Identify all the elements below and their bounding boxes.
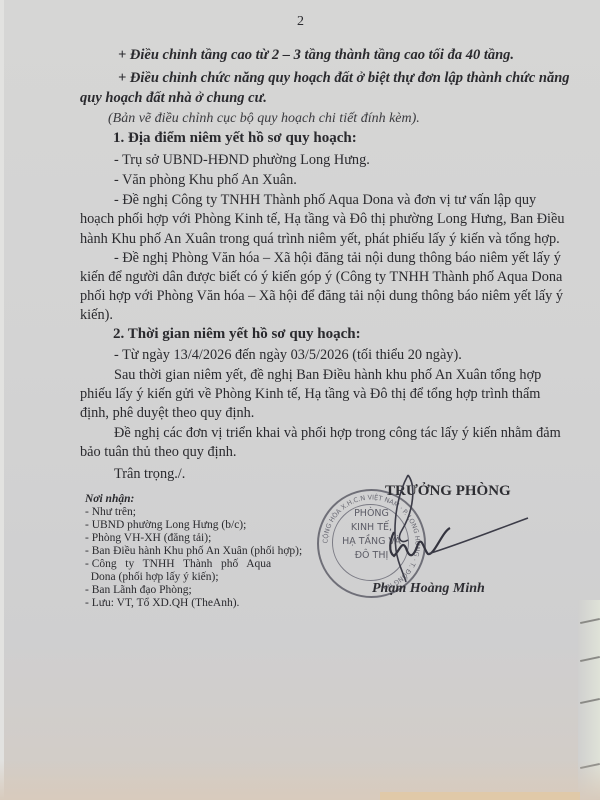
background-surface <box>0 760 600 800</box>
recipient-item: - UBND phường Long Hưng (b/c); <box>85 519 302 532</box>
recipient-item: - Ban Lãnh đạo Phòng; <box>85 584 302 597</box>
recipient-item: - Như trên; <box>85 506 302 519</box>
section2-line: - Từ ngày 13/4/2026 đến ngày 03/5/2026 (… <box>114 347 462 364</box>
recipient-item: - Công ty TNHH Thành phố Aqua <box>85 558 302 571</box>
section1-line: - Đề nghị Công ty TNHH Thành phố Aqua Do… <box>114 192 524 209</box>
section2-line: Sau thời gian niêm yết, đề nghị Ban Điều… <box>114 367 524 384</box>
recipient-item: Dona (phối hợp lấy ý kiến); <box>85 571 302 584</box>
section2-line: định, phê duyệt theo quy định. <box>80 405 254 422</box>
recipient-item: - Lưu: VT, Tổ XD.QH (TheAnh). <box>85 597 302 610</box>
section1-line: - Trụ sở UBND-HĐND phường Long Hưng. <box>114 152 370 169</box>
closing-line: Trân trọng./. <box>114 466 185 483</box>
amendment-line-2: + Điều chỉnh chức năng quy hoạch đất ở b… <box>118 70 524 87</box>
page-number: 2 <box>297 14 304 30</box>
document-page: 2 + Điều chỉnh tầng cao từ 2 – 3 tầng th… <box>0 0 600 800</box>
signer-name: Phạm Hoàng Minh <box>372 581 485 597</box>
handwritten-signature <box>330 470 530 590</box>
amendment-line-3: quy hoạch đất nhà ở chung cư. <box>80 90 267 107</box>
section1-line: - Đề nghị Phòng Văn hóa – Xã hội đăng tả… <box>114 250 524 267</box>
amendment-line-1: + Điều chỉnh tầng cao từ 2 – 3 tầng thàn… <box>118 47 514 64</box>
recipients-block: Nơi nhận: - Như trên; - UBND phường Long… <box>85 493 302 610</box>
page-edge <box>0 0 4 800</box>
section1-line: hành Khu phố An Xuân trong quá trình niê… <box>80 231 560 248</box>
attachment-note: (Bản vẽ điều chỉnh cục bộ quy hoạch chi … <box>108 111 420 127</box>
recipients-title: Nơi nhận: <box>85 493 302 506</box>
recipient-item: - Phòng VH-XH (đăng tải); <box>85 532 302 545</box>
recipient-item: - Ban Điều hành Khu phố An Xuân (phối hợ… <box>85 545 302 558</box>
section2-line: bảo tuân thủ theo quy định. <box>80 444 236 461</box>
section2-heading: 2. Thời gian niêm yết hồ sơ quy hoạch: <box>113 326 361 343</box>
section1-heading: 1. Địa điểm niêm yết hồ sơ quy hoạch: <box>113 130 357 147</box>
section1-line: - Văn phòng Khu phố An Xuân. <box>114 172 297 189</box>
section1-line: hoạch phối hợp với Phòng Kinh tế, Hạ tần… <box>80 211 524 228</box>
section1-line: kiến để người dân được biết có ý kiến gó… <box>80 269 524 286</box>
section1-line: kiến). <box>80 307 113 324</box>
section2-line: Đề nghị các đơn vị triển khai và phối hợ… <box>114 425 524 442</box>
section1-line: phối hợp với Phòng Văn hóa – Xã hội để đ… <box>80 288 524 305</box>
section2-line: phiếu lấy ý kiến gửi về Phòng Kinh tế, H… <box>80 386 524 403</box>
